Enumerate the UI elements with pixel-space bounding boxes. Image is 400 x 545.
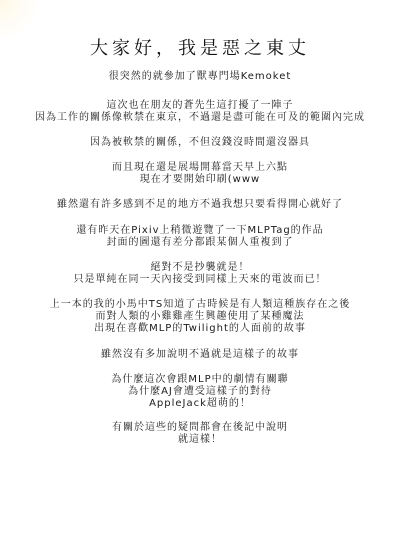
text-line: 出現在喜歡MLP的Twilight的人面前的故事 xyxy=(0,323,400,335)
text-line: 就這樣！ xyxy=(0,434,400,446)
text-line: 為什麼AJ會遭受這樣子的對待 xyxy=(0,386,400,398)
text-line: AppleJack超萌的！ xyxy=(0,398,400,410)
text-line: 雖然還有許多感到不足的地方不過我想只要看得開心就好了 xyxy=(0,199,400,211)
text-line: 雖然沒有多加說明不過就是這樣子的故事 xyxy=(0,349,400,361)
text-line: 為什麼這次會跟MLP中的劇情有關聯 xyxy=(0,374,400,386)
text-line: 還有昨天在Pixiv上稍微遊覽了一下MLPTag的作品 xyxy=(0,225,400,237)
text-line: 絕對不是抄襲就是！ xyxy=(0,262,400,274)
text-line: 現在才要開始印刷(www xyxy=(0,174,400,186)
text-line: 而對人類的小雞雞產生興趣使用了某種魔法 xyxy=(0,311,400,323)
text-line: 只是單純在同一天內接受到同樣上天來的電波而已！ xyxy=(0,274,400,286)
text-line: 很突然的就參加了獸專門場Kemoket xyxy=(0,71,400,83)
text-line: 封面的圖還有差分都跟某個人重複到了 xyxy=(0,237,400,249)
text-line: 有關於這些的疑問都會在後記中說明 xyxy=(0,422,400,434)
text-line: 這次也在朋友的蒼先生這打擾了一陣子 xyxy=(0,100,400,112)
text-line: 因為工作的關係像軟禁在東京，不過還是盡可能在可及的範圍內完成 xyxy=(0,112,400,124)
text-line: 上一本的我的小馬中TS知道了古時候是有人類這種族存在之後 xyxy=(0,299,400,311)
text-line: 而且現在還是展場開幕當天早上六點 xyxy=(0,162,400,174)
paper-corner-tint xyxy=(0,0,40,40)
text-line: 因為被軟禁的關係，不但沒錢沒時間還沒器具 xyxy=(0,137,400,149)
page-title: 大家好，我是惡之東丈 xyxy=(0,38,400,60)
